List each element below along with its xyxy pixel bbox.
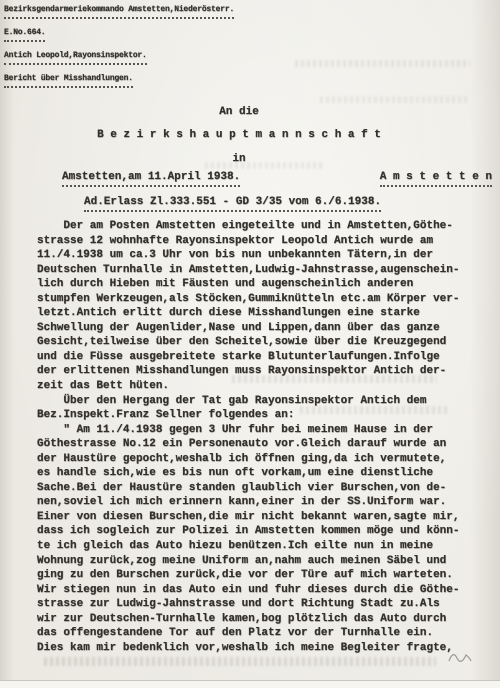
body-line: der Haustüre gepocht,weshalb ich öffnen …: [37, 452, 477, 467]
handwritten-mark: [446, 648, 474, 668]
body-line: dass ich sogleich zur Polizei in Amstett…: [37, 524, 477, 539]
body-line: Der am Posten Amstetten eingeteilte und …: [37, 219, 477, 234]
body-line: 11./4.1938 um ca.3 Uhr von bis nun unbek…: [37, 248, 477, 263]
recipient-salutation: An die: [0, 106, 478, 118]
bleedthrough-smudge: [320, 96, 470, 103]
body-line: stumpfen Werkzeugen,als Stöcken,Gummiknü…: [37, 292, 477, 307]
body-line: te ich gleich das Auto hiezu benützen.Ic…: [37, 539, 477, 554]
body-line: Göthestrasse No.12 ein Personenauto vor.…: [37, 437, 477, 452]
body-line: und die Füsse ausgebreitete starke Blutu…: [37, 350, 477, 365]
letterhead-line: E.No.664.: [4, 28, 45, 42]
body-line: Bez.Inspekt.Franz Sellner folgendes an:: [37, 408, 477, 423]
body-line: Über den Hergang der Tat gab Rayonsinspe…: [37, 394, 477, 409]
letterhead: Bezirksgendarmeriekommando Amstetten,Nie…: [4, 5, 234, 97]
bleedthrough-ghost-line: [44, 657, 436, 666]
bleedthrough-smudge: [295, 60, 470, 67]
body-line: das offengestandene Tor auf den Platz vo…: [37, 626, 477, 641]
body-line: nen,soviel ich mich erinnern kann,einer …: [37, 495, 477, 510]
body-line: Wohnung zurück,zog meine Uniform an,nahm…: [37, 554, 477, 569]
body-line: zeit das Bett hüten.: [37, 379, 477, 394]
letterhead-line: Bericht über Misshandlungen.: [4, 74, 133, 88]
dateline: Amstetten,am 11.April 1938. A m s t e t …: [62, 171, 492, 187]
report-body: Der am Posten Amstetten eingeteilte und …: [37, 219, 477, 655]
body-line: der erlittenen Misshandlungen muss Rayon…: [37, 364, 477, 379]
recipient-block: An die B e z i r k s h a u p t m a n n s…: [0, 106, 478, 165]
body-line: Dies kam mir bedenklich vor,weshalb ich …: [37, 641, 477, 656]
body-line: Sache.Bei der Haustüre standen glaublich…: [37, 481, 477, 496]
body-line: " Am 11./4.1938 gegen 3 Uhr fuhr bei mei…: [37, 423, 477, 438]
district-name-spaced: A m s t e t t e n: [380, 171, 492, 187]
body-line: letzt.Antich erlitt durch diese Misshand…: [37, 306, 477, 321]
body-line: es handle sich,wie es bis nun oft vorkam…: [37, 466, 477, 481]
letterhead-line: Antich Leopold,Rayonsinspektor.: [4, 51, 147, 65]
body-line: Deutschen Turnhalle in Amstetten,Ludwig-…: [37, 263, 477, 278]
reference-line: Ad.Erlass Zl.333.551 - GD 3/35 vom 6./6.…: [84, 196, 381, 212]
reference-text: Ad.Erlass Zl.333.551 - GD 3/35 vom 6./6.…: [84, 196, 381, 212]
recipient-office: B e z i r k s h a u p t m a n n s c h a …: [0, 129, 478, 141]
body-line: Gesicht,teilweise über den Scheitel,sowi…: [37, 335, 477, 350]
body-line: strasse zur Ludwig-Jahnstrasse und dort …: [37, 597, 477, 612]
body-line: lich durch Hieben mit Fäusten und augens…: [37, 277, 477, 292]
scanned-document-page: Bezirksgendarmeriekommando Amstetten,Nie…: [0, 0, 500, 688]
body-line: wir zur Deutschen-Turnhalle kamen,bog pl…: [37, 612, 477, 627]
body-line: Schwellung der Augenlider,Nase und Lippe…: [37, 321, 477, 336]
body-line: Einer von diesen Burschen,die mir nicht …: [37, 510, 477, 525]
letterhead-line: Bezirksgendarmeriekommando Amstetten,Nie…: [4, 5, 234, 19]
body-line: Wir stiegen nun in das Auto ein und fuhr…: [37, 583, 477, 598]
body-line: ging zu den Burschen zurück,die vor der …: [37, 568, 477, 583]
place-and-date: Amstetten,am 11.April 1938.: [62, 171, 240, 187]
body-line: strasse 12 wohnhafte Rayonsinspektor Leo…: [37, 234, 477, 249]
recipient-location-word: in: [0, 153, 478, 165]
